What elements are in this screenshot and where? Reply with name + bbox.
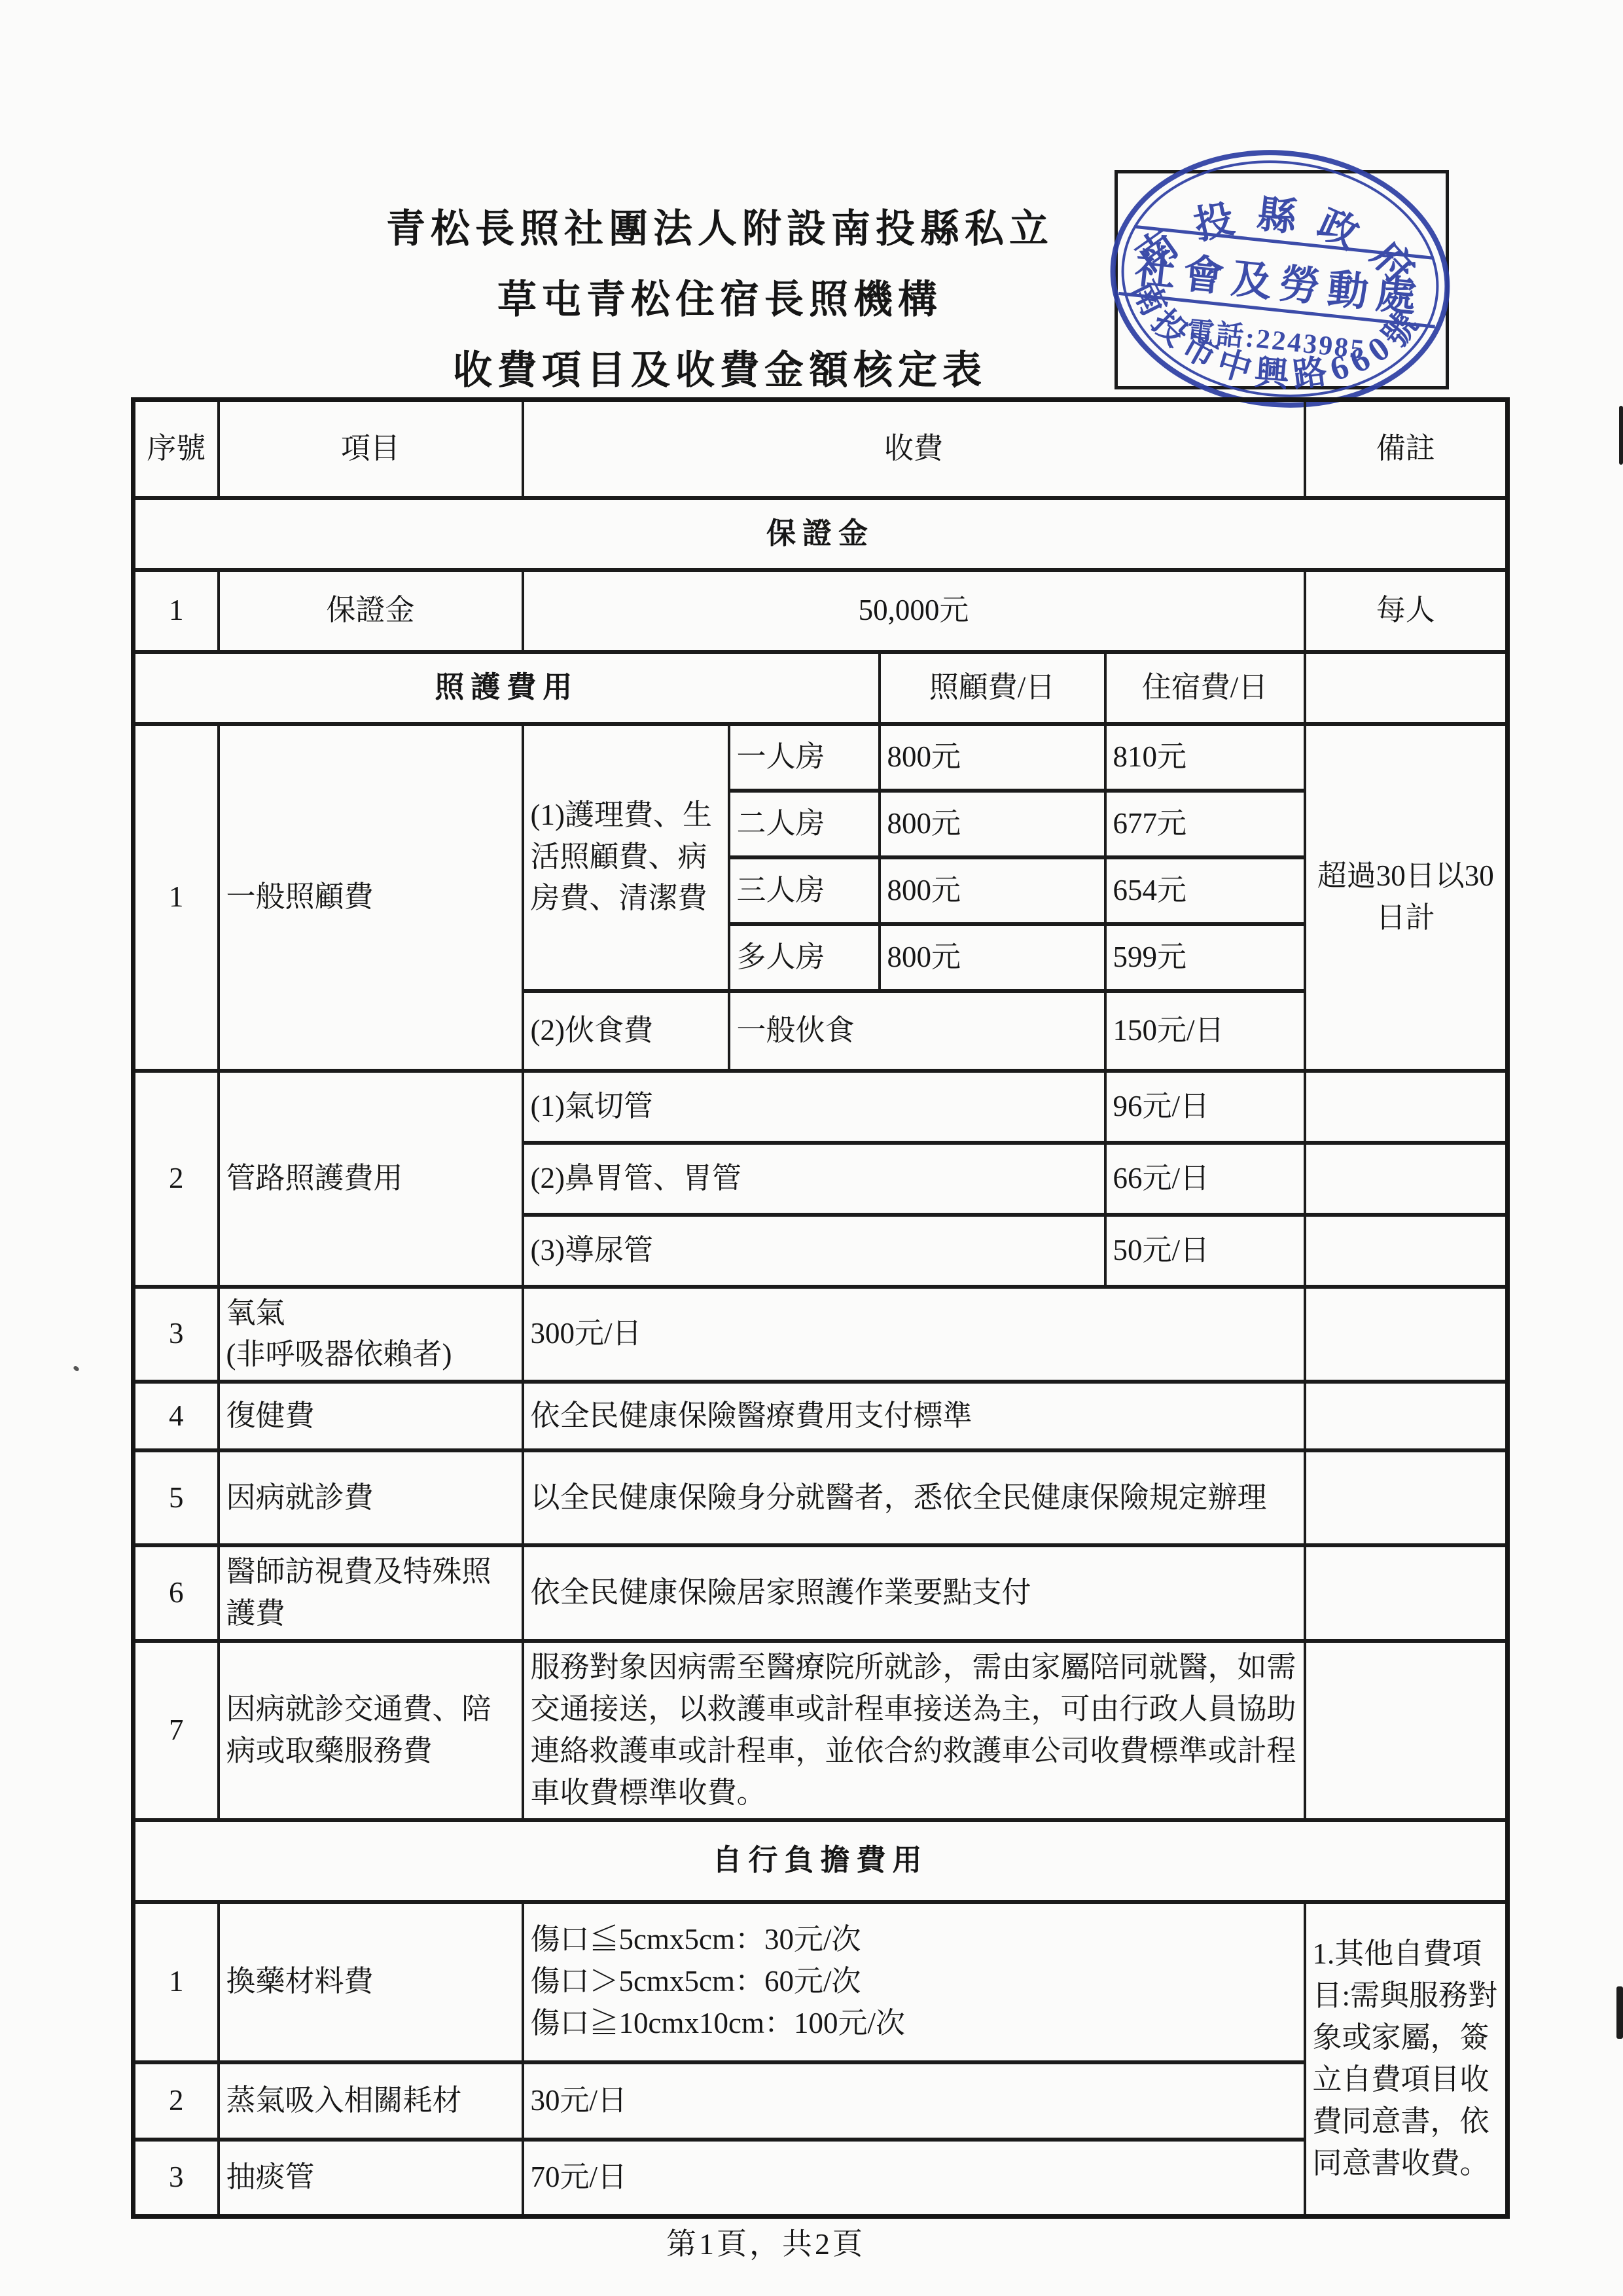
meal-fee-label: (2)伙食費 (523, 991, 729, 1071)
meal-fee-value: 150元/日 (1105, 991, 1305, 1071)
row-rehab: 4 復健費 依全民健康保險醫療費用支付標準 (134, 1382, 1508, 1450)
header-fee: 收費 (523, 400, 1305, 498)
care-col-header: 照顧費/日 (880, 652, 1105, 724)
stamp-seal-icon: 南投縣政府 社會及勞動處 電話:2243985 南投市中興路660號 (1092, 128, 1469, 430)
table-header-row: 序號 項目 收費 備註 (134, 400, 1508, 498)
tube-sub-fee: 96元/日 (1105, 1071, 1305, 1143)
scan-artifact (73, 1365, 80, 1372)
row-item: 復健費 (219, 1382, 523, 1450)
row-oxygen: 3 氧氣 (非呼吸器依賴者) 300元/日 (134, 1287, 1508, 1382)
section-deposit-band: 保證金 (134, 498, 1508, 570)
row-fee: 300元/日 (523, 1287, 1305, 1382)
header-note: 備註 (1305, 400, 1508, 498)
row-fee: 傷口≦5cmx5cm：30元/次 傷口＞5cmx5cm：60元/次 傷口≧10c… (523, 1902, 1305, 2062)
row-item: 醫師訪視費及特殊照護費 (219, 1545, 523, 1641)
room-lodging-fee: 810元 (1105, 724, 1305, 791)
scan-artifact (1619, 406, 1623, 465)
scanned-document-page: { "title": { "line1": "青松長照社團法人附設南投縣私立",… (0, 0, 1623, 2296)
tube-sub-label: (3)導尿管 (523, 1215, 1105, 1287)
row-room-single: 1 一般照顧費 (1)護理費、生活照顧費、病房費、清潔費 一人房 800元 81… (134, 724, 1508, 791)
general-care-item: 一般照顧費 (219, 724, 523, 1071)
room-care-fee: 800元 (880, 924, 1105, 991)
note-cell-empty (1305, 1071, 1508, 1143)
note-cell-empty (1305, 1215, 1508, 1287)
row-tube-trach: 2 管路照護費用 (1)氣切管 96元/日 (134, 1071, 1508, 1143)
note-cell-empty (1305, 1287, 1508, 1382)
row-medical-visit: 5 因病就診費 以全民健康保險身分就醫者，悉依全民健康保險規定辦理 (134, 1450, 1508, 1545)
row-fee: 以全民健康保險身分就醫者，悉依全民健康保險規定辦理 (523, 1450, 1305, 1545)
tube-sub-label: (2)鼻胃管、胃管 (523, 1143, 1105, 1215)
row-item: 換藥材料費 (219, 1902, 523, 2062)
selfpay-note: 1.其他自費項目:需與服務對象或家屬，簽立自費項目收費同意書，依同意書收費。 (1305, 1902, 1508, 2217)
note-cell-empty (1305, 1143, 1508, 1215)
fee-table: 序號 項目 收費 備註 保證金 1 保證金 50,000元 每人 照護費用 照顧… (131, 397, 1510, 2219)
row-fee: 30元/日 (523, 2062, 1305, 2140)
header-item: 項目 (219, 400, 523, 498)
tube-sub-fee: 66元/日 (1105, 1143, 1305, 1215)
row-dressing: 1 換藥材料費 傷口≦5cmx5cm：30元/次 傷口＞5cmx5cm：60元/… (134, 1902, 1508, 2062)
tube-sub-label: (1)氣切管 (523, 1071, 1105, 1143)
section-care-band: 照護費用 照顧費/日 住宿費/日 (134, 652, 1508, 724)
scan-artifact (1616, 1986, 1623, 2039)
row-doctor-visit: 6 醫師訪視費及特殊照護費 依全民健康保險居家照護作業要點支付 (134, 1545, 1508, 1641)
deposit-no: 1 (134, 570, 219, 652)
row-no: 3 (134, 1287, 219, 1382)
lodging-col-header: 住宿費/日 (1105, 652, 1305, 724)
row-no: 2 (134, 2062, 219, 2140)
note-cell-empty (1305, 1545, 1508, 1641)
general-care-no: 1 (134, 724, 219, 1071)
room-lodging-fee: 654元 (1105, 857, 1305, 924)
deposit-item: 保證金 (219, 570, 523, 652)
section-selfpay-band: 自行負擔費用 (134, 1820, 1508, 1902)
row-item: 氧氣 (非呼吸器依賴者) (219, 1287, 523, 1382)
room-type: 三人房 (729, 857, 880, 924)
room-care-fee: 800元 (880, 724, 1105, 791)
row-fee: 服務對象因病需至醫療院所就診，需由家屬陪同就醫，如需交通接送，以救護車或計程車接… (523, 1641, 1305, 1820)
row-item: 因病就診費 (219, 1450, 523, 1545)
room-care-fee: 800元 (880, 791, 1105, 857)
row-item: 因病就診交通費、陪病或取藥服務費 (219, 1641, 523, 1820)
row-no: 3 (134, 2140, 219, 2217)
section-selfpay-title: 自行負擔費用 (134, 1820, 1508, 1902)
row-no: 5 (134, 1450, 219, 1545)
row-suction: 3 抽痰管 70元/日 (134, 2140, 1508, 2217)
row-fee: 70元/日 (523, 2140, 1305, 2217)
header-seq: 序號 (134, 400, 219, 498)
deposit-fee: 50,000元 (523, 570, 1305, 652)
section-care-title: 照護費用 (134, 652, 880, 724)
row-no: 1 (134, 1902, 219, 2062)
row-item: 抽痰管 (219, 2140, 523, 2217)
note-cell-empty (1305, 1450, 1508, 1545)
note-cell-empty (1305, 1641, 1508, 1820)
row-no: 6 (134, 1545, 219, 1641)
page-number-footer: 第1頁，共2頁 (0, 2220, 1531, 2263)
room-lodging-fee: 677元 (1105, 791, 1305, 857)
general-care-note: 超過30日以30日計 (1305, 724, 1508, 1071)
room-care-fee: 800元 (880, 857, 1105, 924)
room-lodging-fee: 599元 (1105, 924, 1305, 991)
care-band-note-empty (1305, 652, 1508, 724)
room-type: 一人房 (729, 724, 880, 791)
meal-fee-item: 一般伙食 (729, 991, 1105, 1071)
general-care-sub1-label: (1)護理費、生活照顧費、病房費、清潔費 (523, 724, 729, 991)
row-fee: 依全民健康保險醫療費用支付標準 (523, 1382, 1305, 1450)
row-deposit: 1 保證金 50,000元 每人 (134, 570, 1508, 652)
row-item: 蒸氣吸入相關耗材 (219, 2062, 523, 2140)
tube-care-no: 2 (134, 1071, 219, 1287)
row-no: 4 (134, 1382, 219, 1450)
section-deposit-title: 保證金 (134, 498, 1508, 570)
deposit-note: 每人 (1305, 570, 1508, 652)
official-stamp: 南投縣政府 社會及勞動處 電話:2243985 南投市中興路660號 (1092, 128, 1469, 430)
row-no: 7 (134, 1641, 219, 1820)
room-type: 二人房 (729, 791, 880, 857)
tube-sub-fee: 50元/日 (1105, 1215, 1305, 1287)
note-cell-empty (1305, 1382, 1508, 1450)
fee-table-container: 序號 項目 收費 備註 保證金 1 保證金 50,000元 每人 照護費用 照顧… (131, 397, 1510, 2219)
row-steam: 2 蒸氣吸入相關耗材 30元/日 (134, 2062, 1508, 2140)
tube-care-item: 管路照護費用 (219, 1071, 523, 1287)
row-fee: 依全民健康保險居家照護作業要點支付 (523, 1545, 1305, 1641)
row-transport: 7 因病就診交通費、陪病或取藥服務費 服務對象因病需至醫療院所就診，需由家屬陪同… (134, 1641, 1508, 1820)
room-type: 多人房 (729, 924, 880, 991)
